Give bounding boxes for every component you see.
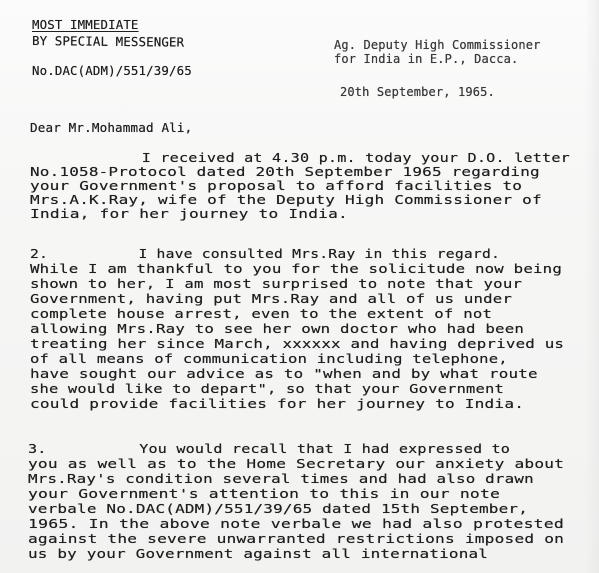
paragraph-line: you as well as to the Home Secretary our…	[28, 456, 564, 472]
paragraph-line: treating her since March, xxxxxx and hav…	[30, 336, 564, 352]
paragraph-line: have sought our advice as to "when and b…	[30, 366, 538, 382]
sender-title-line-2: for India in E.P., Dacca.	[334, 51, 518, 67]
paragraph-line: us by your Government against all intern…	[28, 546, 488, 562]
salutation: Dear Mr.Mohammad Ali,	[30, 120, 192, 136]
paragraph-line: could provide facilities for her journey…	[30, 396, 524, 412]
paragraph-line: 3. You would recall that I had expressed…	[28, 441, 510, 457]
paragraph-line: 1965. In the above note verbale we had a…	[28, 516, 564, 532]
paragraph-line: against the severe unwarranted restricti…	[28, 531, 564, 547]
priority-marking: MOST IMMEDIATE	[32, 17, 139, 33]
paragraph-line: shown to her, I am most surprised to not…	[30, 276, 522, 292]
paragraph-line: India, for her journey to India.	[30, 206, 348, 222]
paragraph-line: of all means of communication including …	[30, 351, 508, 367]
paragraph-line: Government, having put Mrs.Ray and all o…	[30, 291, 512, 307]
delivery-marking: BY SPECIAL MESSENGER	[32, 33, 184, 51]
paragraph-line: While I am thankful to you for the solic…	[30, 261, 562, 277]
paragraph-line: complete house arrest, even to the exten…	[30, 306, 492, 322]
letter-date: 20th September, 1965.	[340, 84, 495, 100]
paragraph-line: verbale No.DAC(ADM)/551/39/65 dated 15th…	[28, 501, 528, 517]
reference-number: No.DAC(ADM)/551/39/65	[32, 63, 192, 79]
paragraph-line: Mrs.Ray's condition several times and ha…	[28, 471, 534, 487]
letter-page: MOST IMMEDIATE BY SPECIAL MESSENGER No.D…	[0, 0, 599, 573]
paragraph-line: she would like to depart", so that your …	[30, 381, 504, 397]
paragraph-line: your Government's attention to this in o…	[28, 486, 500, 502]
paragraph-line: allowing Mrs.Ray to see her own doctor w…	[30, 321, 524, 337]
paragraph-line: 2. I have consulted Mrs.Ray in this rega…	[30, 246, 500, 262]
